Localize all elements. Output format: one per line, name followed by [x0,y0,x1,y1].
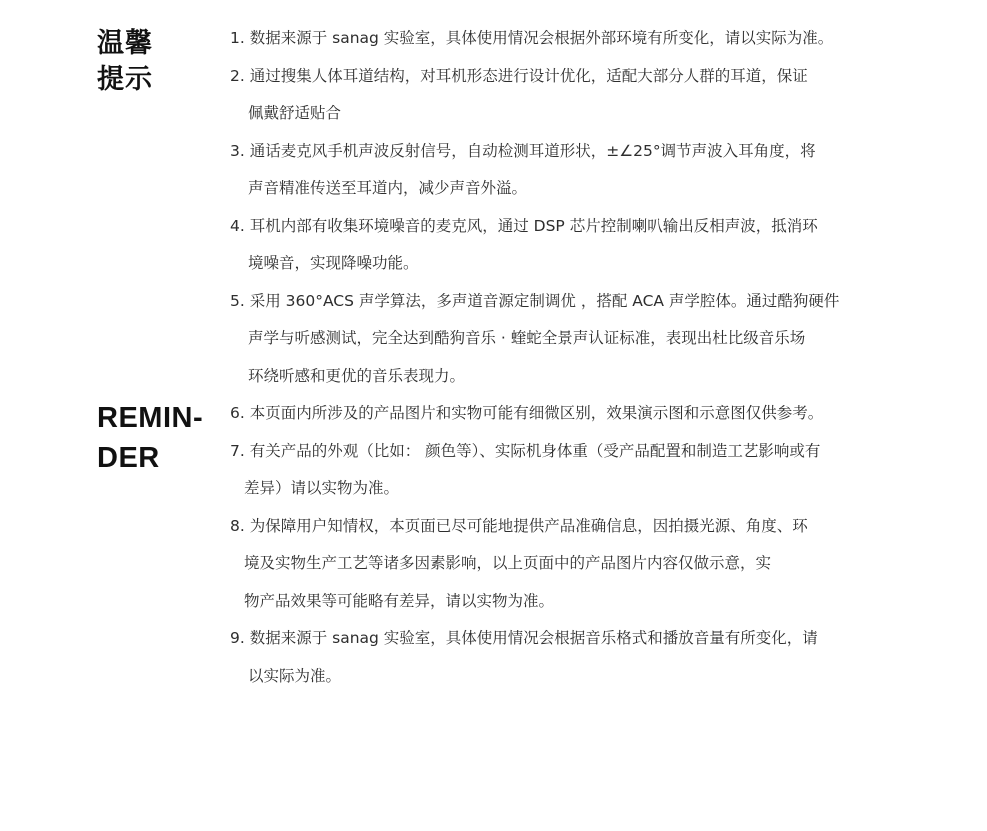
reminder-notes-list: 1. 数据来源于 sanag 实验室，具体使用情况会根据外部环境有所变化，请以实… [230,20,890,695]
note-line: 境噪音，实现降噪功能。 [230,245,890,283]
note-line: 物产品效果等可能略有差异，请以实物为准。 [230,583,890,621]
heading-line: REMIN- [97,398,203,438]
note-item-5: 5. 采用 360°ACS 声学算法，多声道音源定制调优 ，搭配 ACA 声学腔… [230,283,890,396]
note-line: 声学与听感测试，完全达到酷狗音乐 · 蝰蛇全景声认证标准，表现出杜比级音乐场 [230,320,890,358]
note-line: 7. 有关产品的外观（比如： 颜色等）、实际机身体重（受产品配置和制造工艺影响或… [230,433,890,471]
note-line: 9. 数据来源于 sanag 实验室，具体使用情况会根据音乐格式和播放音量有所变… [230,620,890,658]
note-line: 环绕听感和更优的音乐表现力。 [230,358,890,396]
note-line: 境及实物生产工艺等诸多因素影响，以上页面中的产品图片内容仅做示意，实 [230,545,890,583]
note-line: 4. 耳机内部有收集环境噪音的麦克风，通过 DSP 芯片控制喇叭输出反相声波，抵… [230,208,890,246]
note-line: 差异）请以实物为准。 [230,470,890,508]
note-item-3: 3. 通话麦克风手机声波反射信号，自动检测耳道形状，±∠25°调节声波入耳角度，… [230,133,890,208]
note-item-2: 2. 通过搜集人体耳道结构，对耳机形态进行设计优化，适配大部分人群的耳道，保证 … [230,58,890,133]
note-line: 1. 数据来源于 sanag 实验室，具体使用情况会根据外部环境有所变化，请以实… [230,20,890,58]
note-item-9: 9. 数据来源于 sanag 实验室，具体使用情况会根据音乐格式和播放音量有所变… [230,620,890,695]
note-line: 声音精准传送至耳道内，减少声音外溢。 [230,170,890,208]
note-line: 6. 本页面内所涉及的产品图片和实物可能有细微区别，效果演示图和示意图仅供参考。 [230,395,890,433]
heading-line: DER [97,438,203,478]
note-line: 5. 采用 360°ACS 声学算法，多声道音源定制调优 ，搭配 ACA 声学腔… [230,283,890,321]
note-item-4: 4. 耳机内部有收集环境噪音的麦克风，通过 DSP 芯片控制喇叭输出反相声波，抵… [230,208,890,283]
reminder-heading-english: REMIN- DER [97,398,203,478]
note-item-7: 7. 有关产品的外观（比如： 颜色等）、实际机身体重（受产品配置和制造工艺影响或… [230,433,890,508]
reminder-heading-chinese: 温馨 提示 [97,26,153,98]
heading-line: 提示 [97,62,153,98]
note-line: 3. 通话麦克风手机声波反射信号，自动检测耳道形状，±∠25°调节声波入耳角度，… [230,133,890,171]
note-line: 佩戴舒适贴合 [230,95,890,133]
note-item-6: 6. 本页面内所涉及的产品图片和实物可能有细微区别，效果演示图和示意图仅供参考。 [230,395,890,433]
note-line: 以实际为准。 [230,658,890,696]
note-item-8: 8. 为保障用户知情权，本页面已尽可能地提供产品准确信息，因拍摄光源、角度、环 … [230,508,890,621]
note-line: 2. 通过搜集人体耳道结构，对耳机形态进行设计优化，适配大部分人群的耳道，保证 [230,58,890,96]
note-line: 8. 为保障用户知情权，本页面已尽可能地提供产品准确信息，因拍摄光源、角度、环 [230,508,890,546]
note-item-1: 1. 数据来源于 sanag 实验室，具体使用情况会根据外部环境有所变化，请以实… [230,20,890,58]
heading-line: 温馨 [97,26,153,62]
